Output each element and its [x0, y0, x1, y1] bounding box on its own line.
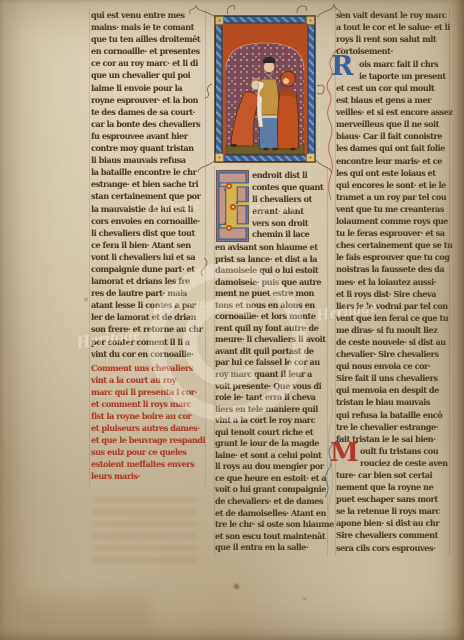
- ruling-line: [89, 8, 90, 486]
- text-line: contre moy quant tristan: [91, 142, 202, 154]
- text-line: grant le iour de la magde: [215, 438, 334, 450]
- text-line: voit presente· Que vous di: [215, 381, 334, 393]
- text-line: ce que heure en estoit· et a: [215, 473, 334, 485]
- text-line: contes que quant: [252, 182, 323, 194]
- rubric-line: Comment uns chevaliers: [91, 362, 205, 374]
- text-line: compaignie dune part· et: [91, 263, 202, 275]
- text-line: la mauvaistie de lui est li: [91, 203, 202, 215]
- text-line: de chevaliers· et de dames: [215, 496, 334, 508]
- text-line: ture· car bien sot certai: [336, 469, 440, 481]
- text-line: tristan le biau mauvais: [336, 396, 453, 408]
- text-line: me diras· si fu moult liez: [336, 324, 453, 336]
- text-line: par lui ce faissel le cor au: [215, 357, 334, 369]
- text-line: ois marc fait il chrs: [359, 58, 446, 70]
- bleedthrough-line: [92, 545, 198, 551]
- right-column-body: et cest un cor qui moultest biaus et gen…: [336, 82, 453, 445]
- rubric-line: et que le beuvrage respandi: [91, 434, 205, 446]
- text-line: qui nous envoia ce cor·: [336, 360, 453, 372]
- text-line: la bataille encontre le chr: [91, 166, 202, 178]
- page-edge-shadow: [451, 0, 464, 640]
- rubric-line: vint a la court au roy: [91, 374, 205, 386]
- text-line: mes· et la loiautez aussi·: [336, 276, 453, 288]
- text-line: cornoaille· et lors monte: [215, 311, 334, 323]
- text-line: se la retenue li roys marc: [336, 505, 440, 517]
- bleedthrough-line: [92, 521, 198, 527]
- text-line: li chevaliers ot: [252, 194, 323, 206]
- bleedthrough-line: [92, 497, 198, 503]
- text-line: que un chevalier qui poi: [91, 69, 202, 81]
- right-column-opening: sen vait devant le roy marca tout le cor…: [336, 9, 450, 57]
- text-line: en avisant son hiaume et: [215, 242, 334, 254]
- text-line: encontre leur maris· et ce: [336, 155, 453, 167]
- text-line: avant dit quil portast de: [215, 346, 334, 358]
- text-line: laime li envoie pour la: [91, 82, 202, 94]
- text-line: et de damoiselles· Atant en: [215, 508, 334, 520]
- text-line: endroit dist li: [252, 170, 323, 182]
- text-line: voit o lui grant compaignie: [215, 484, 334, 496]
- text-line: oult fu tristans cou: [360, 445, 448, 457]
- text-line: vers son droit: [252, 218, 323, 230]
- text-line: sera cils cors esprouves·: [336, 542, 440, 554]
- bleedthrough-line: [92, 533, 198, 539]
- text-line: et cest un cor qui moult: [336, 82, 453, 94]
- text-line: chevalier· Sire chevaliers: [336, 348, 453, 360]
- text-line: atant lesse li contes a par: [91, 299, 202, 311]
- text-line: vent que tu me creanteras: [336, 203, 453, 215]
- ink-stain: [302, 597, 307, 601]
- text-line: loiaument comme roys que: [336, 215, 453, 227]
- text-line: roys li rent son salut mlt: [336, 33, 450, 45]
- bleedthrough-line: [92, 557, 198, 563]
- page-bottom-shadow: [0, 628, 464, 640]
- text-line: ment ne puet estre mon: [215, 288, 334, 300]
- text-line: que il entra en la salle·: [215, 542, 334, 554]
- right-column-closing: ture· car bien sot certainement que la r…: [336, 469, 440, 554]
- text-line: en cornoaille· et presentes: [91, 45, 202, 57]
- text-line: que tu ten ailles droitemēt: [91, 33, 202, 45]
- text-line: damoisele· puis que autre: [215, 277, 334, 289]
- text-line: ches certainement que se tu: [336, 239, 453, 251]
- text-line: por conter coment il li a: [91, 336, 202, 348]
- text-line: son frere· et retorne au chr: [91, 323, 202, 335]
- text-line: prist sa lance· et dist a la: [215, 254, 334, 266]
- text-line: tre le chevalier estrange·: [336, 421, 453, 433]
- text-line: ler de lamorat et de drian: [91, 311, 202, 323]
- text-line: les dames qui ont fait folie: [336, 142, 453, 154]
- rubric-line: fist la royne boire au cor: [91, 410, 205, 422]
- text-line: vint du cor en cornoaille·: [91, 348, 202, 360]
- text-line: chemin il lace: [252, 229, 323, 241]
- text-line: royne esprouver· et la bon: [91, 94, 202, 106]
- text-line: tramet a un roy par tel cou: [336, 191, 453, 203]
- ink-stain: [232, 583, 241, 590]
- text-line: Sire fait il uns chevaliers: [336, 372, 453, 384]
- text-line: qui encores le sont· et ie le: [336, 179, 453, 191]
- text-line: nement que la royne ne: [336, 481, 440, 493]
- rubric-line: et pluiseurs autres dames·: [91, 422, 205, 434]
- text-line: estrange· et bien sache tri: [91, 178, 202, 190]
- left-column-text: qui est venu entre mesmains· mais ie te …: [91, 9, 202, 360]
- text-line: a tout le cor et le salue· et li: [336, 21, 450, 33]
- text-line: merveilleus que il ne soit: [336, 118, 453, 130]
- ruling-line: [205, 8, 206, 486]
- rubric-line: estoient meffaites envers: [91, 458, 205, 470]
- text-line: qui tenoit court riche et: [215, 427, 334, 439]
- text-line: vent que ien ferai ce que tu: [336, 312, 453, 324]
- text-line: liers ie le vodrai par tel con: [336, 300, 453, 312]
- right-column-m-side: oult fu tristans courouciez de ceste ave…: [360, 445, 448, 469]
- rubric-line: leurs maris·: [91, 470, 205, 482]
- text-line: le fais esprouver que tu cog: [336, 251, 453, 263]
- text-line: car la bonte des chevaliers: [91, 118, 202, 130]
- text-line: qui refusa la bataille encō: [336, 409, 453, 421]
- text-line: veilles· et si est encore assez: [336, 106, 453, 118]
- text-line: tons et nous en alons en: [215, 300, 334, 312]
- middle-column-text: en avisant son hiaume etprist sa lance· …: [215, 242, 334, 554]
- text-line: li roys au dou mengier por: [215, 461, 334, 473]
- pen-flourished-initial-m: M: [330, 440, 359, 466]
- miniature: [214, 15, 316, 163]
- text-line: et li roys dist· Sire cheva: [336, 288, 453, 300]
- text-line: puet eschaper sans mort: [336, 493, 440, 505]
- text-line: laine· et sont a celui point: [215, 450, 334, 462]
- left-column-rubric: Comment uns chevaliersvint a la court au…: [91, 362, 205, 482]
- text-line: rent quil ny font autre de: [215, 323, 334, 335]
- text-line: les qui ont este loiaus et: [336, 167, 453, 179]
- text-line: Sire chevaliers comment: [336, 529, 440, 541]
- manuscript-page-photo: qui est venu entre mesmains· mais ie te …: [0, 0, 464, 640]
- text-line: roy marc quant il leur a: [215, 369, 334, 381]
- text-line: fu esprouvee avant hier: [91, 130, 202, 142]
- text-line: noistras la faussete des da: [336, 263, 453, 275]
- text-line: qui menvoia en despit de: [336, 384, 453, 396]
- text-line: cors envoies en cornoaille·: [91, 215, 202, 227]
- text-line: qui est venu entre mes: [91, 9, 202, 21]
- rubric-line: marc qui li presenta i cor·: [91, 386, 205, 398]
- text-line: apone bien· si dist au chr: [336, 517, 440, 529]
- text-line: res de lautre part· mais: [91, 287, 202, 299]
- middle-column-side-text: endroit dist licontes que quantli cheval…: [252, 170, 323, 241]
- text-line: et son escu tout maintenāt: [215, 531, 334, 543]
- text-line: li biaus mauvais refusa: [91, 154, 202, 166]
- text-line: tre le chr· si oste son hiaume: [215, 519, 334, 531]
- text-line: lamorat et drians les fre: [91, 275, 202, 287]
- text-line: ie taporte un present: [359, 70, 446, 82]
- text-line: li chevaliers dist que tout: [91, 227, 202, 239]
- text-line: sen vait devant le roy marc: [336, 9, 450, 21]
- bleedthrough-line: [92, 509, 198, 515]
- miniature-painting: [214, 15, 316, 163]
- text-line: vont li chevaliers lui et sa: [91, 251, 202, 263]
- text-line: est biaus et gens a mer: [336, 94, 453, 106]
- pen-trial-mark: [84, 296, 88, 303]
- text-line: stan certainement que por: [91, 190, 202, 202]
- text-line: vint a la cort le roy marc: [215, 415, 334, 427]
- rubric-line: et comment li roys marc: [91, 398, 205, 410]
- text-line: errant· alant: [252, 206, 323, 218]
- text-line: rouciez de ceste aven: [360, 457, 448, 469]
- text-line: damoisele qui o lui estoit: [215, 265, 334, 277]
- rubric-line: sus eulz pour ce queles: [91, 446, 205, 458]
- text-line: tu le feras esprouver· et sa: [336, 227, 453, 239]
- text-line: de ceste nouvele· si dist au: [336, 336, 453, 348]
- text-line: roie ie· tant erra li cheva: [215, 392, 334, 404]
- illuminated-initial-e: E: [216, 170, 249, 242]
- text-line: mains· mais ie te comant: [91, 21, 202, 33]
- text-line: biaus· Car il fait conoistre: [336, 130, 453, 142]
- text-line: meure· li chevaliers li avoit: [215, 334, 334, 346]
- text-line: te des dames de sa court·: [91, 106, 202, 118]
- text-line: liers en tele maniere quil: [215, 404, 334, 416]
- right-column-r-side: ois marc fait il chrsie taporte un prese…: [359, 58, 446, 82]
- text-line: ce cor au roy marc· et li di: [91, 57, 202, 69]
- text-line: ce fera il bien· Atant sen: [91, 239, 202, 251]
- pen-flourished-initial-r: R: [331, 53, 353, 80]
